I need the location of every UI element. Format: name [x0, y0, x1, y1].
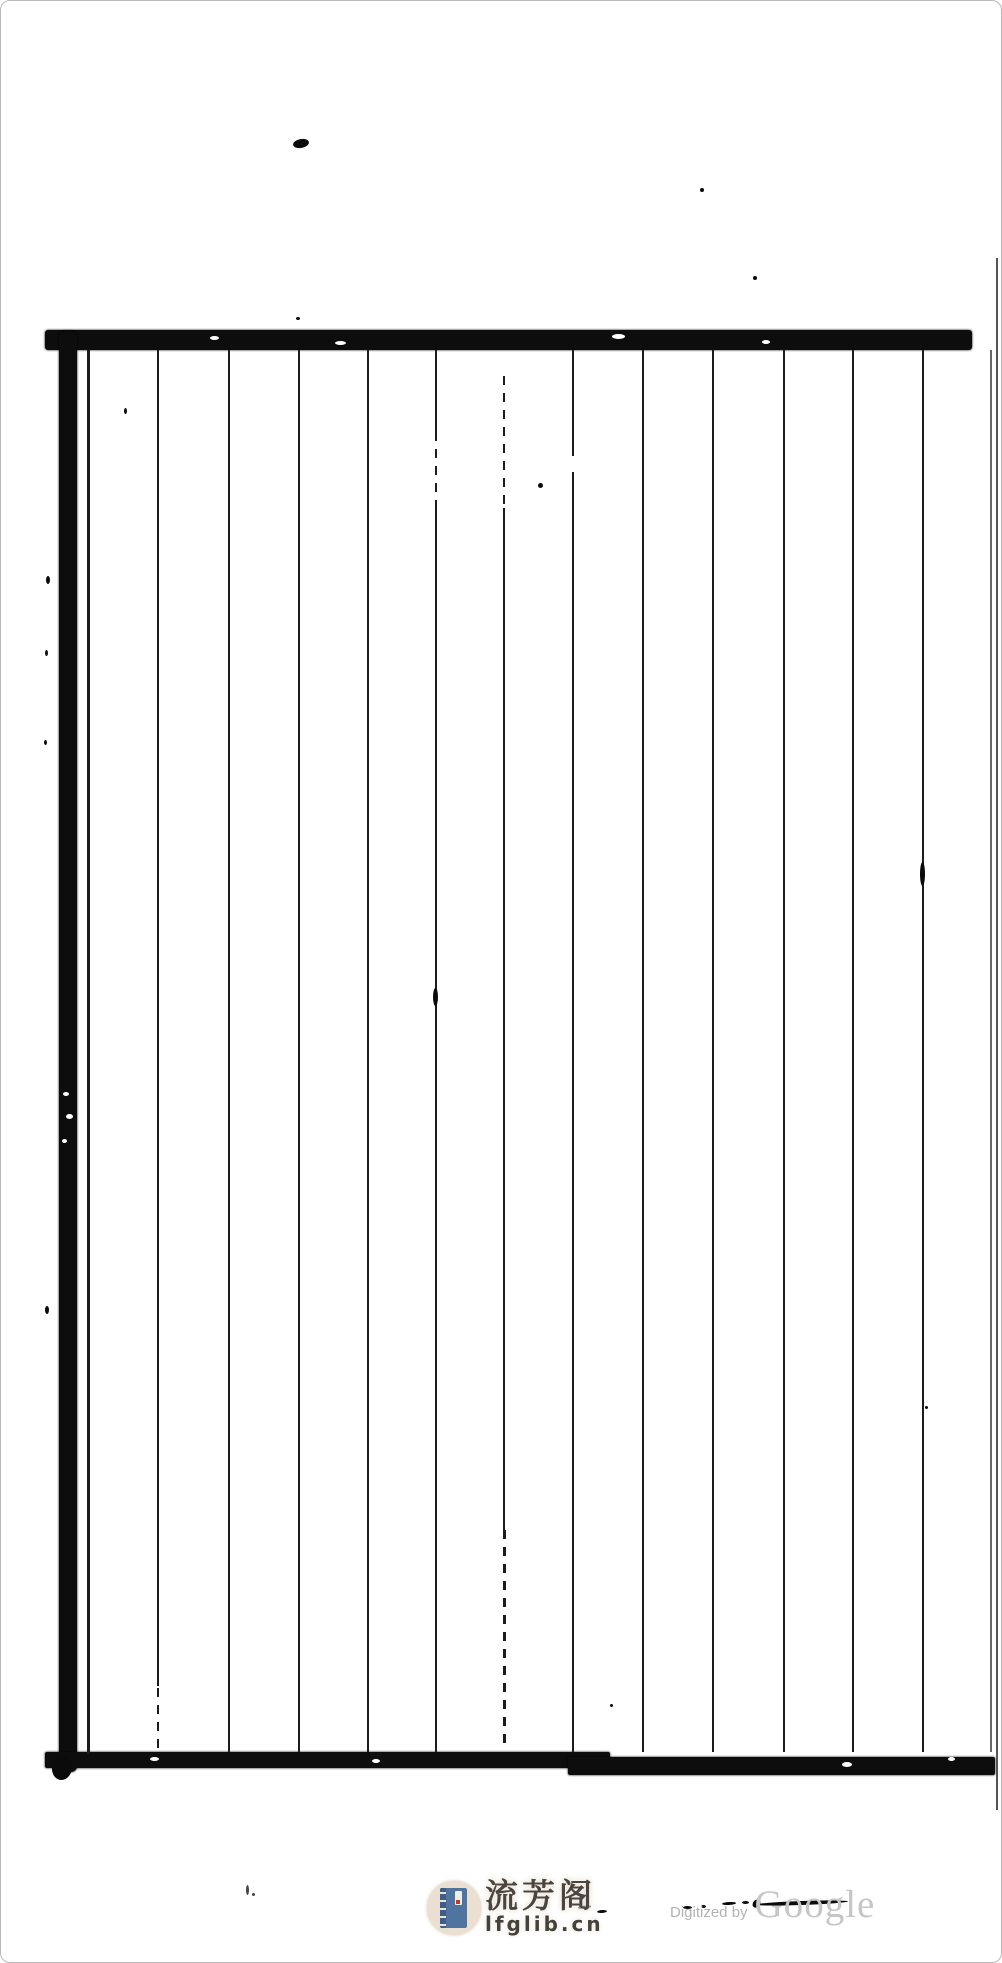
ink-speck	[252, 1893, 255, 1896]
frame-bottom-border-left	[45, 1752, 610, 1768]
ink-speck	[433, 988, 438, 1006]
ink-speck	[44, 740, 47, 745]
ink-speck	[753, 276, 757, 280]
column-line	[922, 350, 924, 1752]
ink-speck	[372, 1759, 380, 1763]
column-line	[852, 350, 854, 1752]
column-line	[87, 350, 90, 1754]
ink-speck	[538, 483, 543, 488]
ink-speck	[45, 650, 48, 656]
ink-speck	[842, 1762, 852, 1767]
column-line	[996, 258, 998, 1810]
column-line	[435, 508, 437, 1752]
ink-speck	[45, 1306, 49, 1314]
scanned-book-page: 流芳阁 lfglib.cn Digitized by Google	[0, 0, 1002, 1963]
column-line	[435, 350, 437, 432]
watermark-title: 流芳阁	[485, 1878, 604, 1914]
credit-prefix-label: Digitized by	[670, 1904, 748, 1921]
column-line	[572, 350, 574, 456]
ink-speck	[210, 336, 219, 340]
ink-speck	[612, 334, 625, 339]
column-line	[783, 350, 785, 1752]
column-line	[503, 1530, 506, 1744]
ink-speck	[150, 1757, 159, 1761]
column-line	[712, 350, 714, 1752]
column-line	[435, 432, 437, 508]
ink-speck	[948, 1757, 955, 1761]
column-line	[572, 472, 574, 1752]
ink-speck	[63, 1092, 69, 1096]
frame-bottom-border-right	[568, 1757, 995, 1775]
column-line	[157, 1688, 159, 1750]
book-title-label-icon	[455, 1891, 462, 1905]
column-line	[990, 350, 992, 1752]
google-logo: Google	[755, 1886, 876, 1924]
ink-speck	[762, 340, 770, 344]
ink-speck	[66, 1114, 73, 1119]
column-line	[367, 350, 369, 1752]
watermark-site-url: lfglib.cn	[485, 1913, 604, 1935]
digitized-by-credit: Digitized by Google	[670, 1886, 875, 1924]
book-spine-icon	[440, 1888, 446, 1928]
ink-speck	[610, 1704, 613, 1707]
column-line	[228, 350, 230, 1752]
ink-speck	[124, 408, 127, 414]
watermark-text: 流芳阁 lfglib.cn	[485, 1878, 604, 1935]
frame-left-border	[59, 331, 77, 1772]
ink-speck	[296, 317, 300, 320]
column-line	[157, 350, 159, 1686]
ink-speck	[46, 576, 50, 584]
watermark-logo-icon	[427, 1881, 481, 1935]
column-line	[503, 508, 505, 1530]
ink-speck	[246, 1885, 249, 1895]
frame-top-border	[45, 330, 972, 350]
ink-speck	[700, 188, 704, 192]
ink-speck	[335, 341, 346, 345]
ink-speck	[925, 1406, 928, 1409]
column-line	[298, 350, 300, 1752]
ink-speck	[292, 138, 309, 150]
ink-speck	[62, 1139, 67, 1143]
column-line	[642, 350, 644, 1752]
ink-speck	[920, 862, 925, 886]
red-seal-icon	[456, 1900, 460, 1904]
column-line	[503, 376, 505, 508]
book-icon	[440, 1888, 467, 1928]
